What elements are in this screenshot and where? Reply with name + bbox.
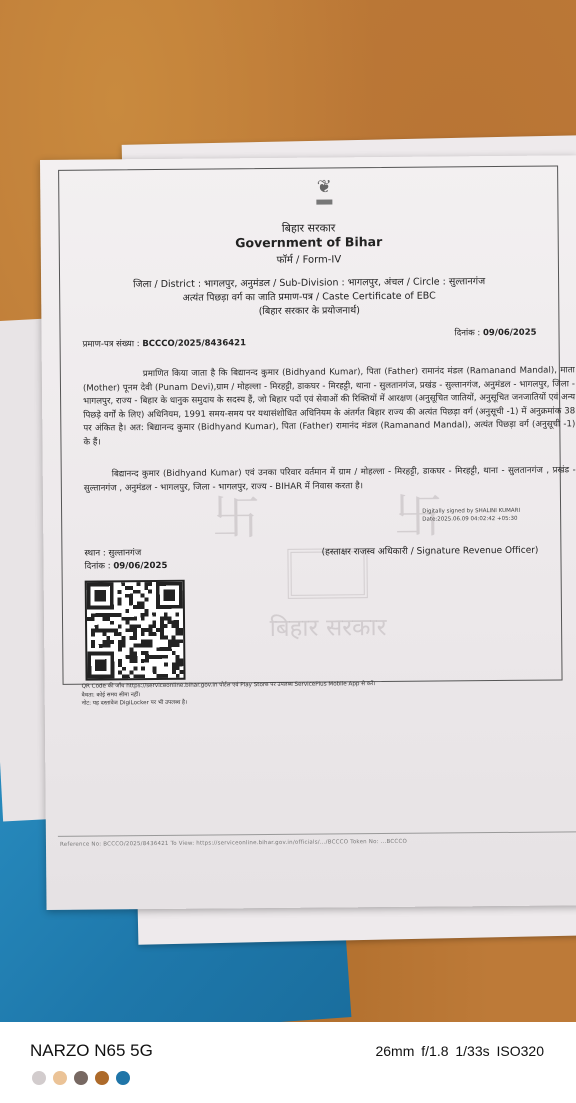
residence-paragraph: बिद्यानन्द कुमार (Bidhyand Kumar) एवं उन… <box>84 464 576 495</box>
issue-date: दिनांक : 09/06/2025 <box>454 327 536 339</box>
divider <box>58 831 576 837</box>
place-and-date: स्थान : सुल्तानगंज दिनांक : 09/06/2025 <box>84 547 167 574</box>
camera-specs: 26mm f/1.8 1/33s ISO320 <box>375 1043 544 1059</box>
palette-swatch <box>32 1071 46 1085</box>
reference-line: Reference No: BCCCO/2025/8436421 To View… <box>60 839 407 848</box>
color-palette <box>32 1071 130 1085</box>
digital-signature: Digitally signed by SHALINI KUMARI Date:… <box>422 507 520 524</box>
qr-code[interactable] <box>85 580 186 681</box>
qr-verification-note: QR Code की जाँच https://serviceonline.bi… <box>82 680 376 708</box>
header-english: Government of Bihar <box>60 232 558 251</box>
certificate-frame: ❦ 卐 卐 बिहार सरकार बिहार सरकार Government… <box>58 165 562 684</box>
camera-model: NARZO N65 5G <box>30 1041 153 1061</box>
palette-swatch <box>95 1071 109 1085</box>
certificate-body-paragraph: प्रमाणित किया जाता है कि बिद्यानन्द कुमा… <box>83 364 576 450</box>
certificate-document: ❦ 卐 卐 बिहार सरकार बिहार सरकार Government… <box>40 155 576 910</box>
palette-swatch <box>53 1071 67 1085</box>
camera-watermark-footer: NARZO N65 5G 26mm f/1.8 1/33s ISO320 <box>0 1022 576 1103</box>
bihar-emblem-icon: ❦ <box>309 178 339 214</box>
palette-swatch <box>116 1071 130 1085</box>
form-number: फॉर्म / Form-IV <box>60 249 558 267</box>
signature-label: (हस्ताक्षर राजस्व अधिकारी / Signature Re… <box>321 543 538 558</box>
photo-background: ❦ 卐 卐 बिहार सरकार बिहार सरकार Government… <box>0 0 576 1022</box>
certificate-number: प्रमाण-पत्र संख्या : BCCCO/2025/8436421 <box>83 337 246 349</box>
watermark-text: बिहार सरकार <box>213 610 443 645</box>
palette-swatch <box>74 1071 88 1085</box>
